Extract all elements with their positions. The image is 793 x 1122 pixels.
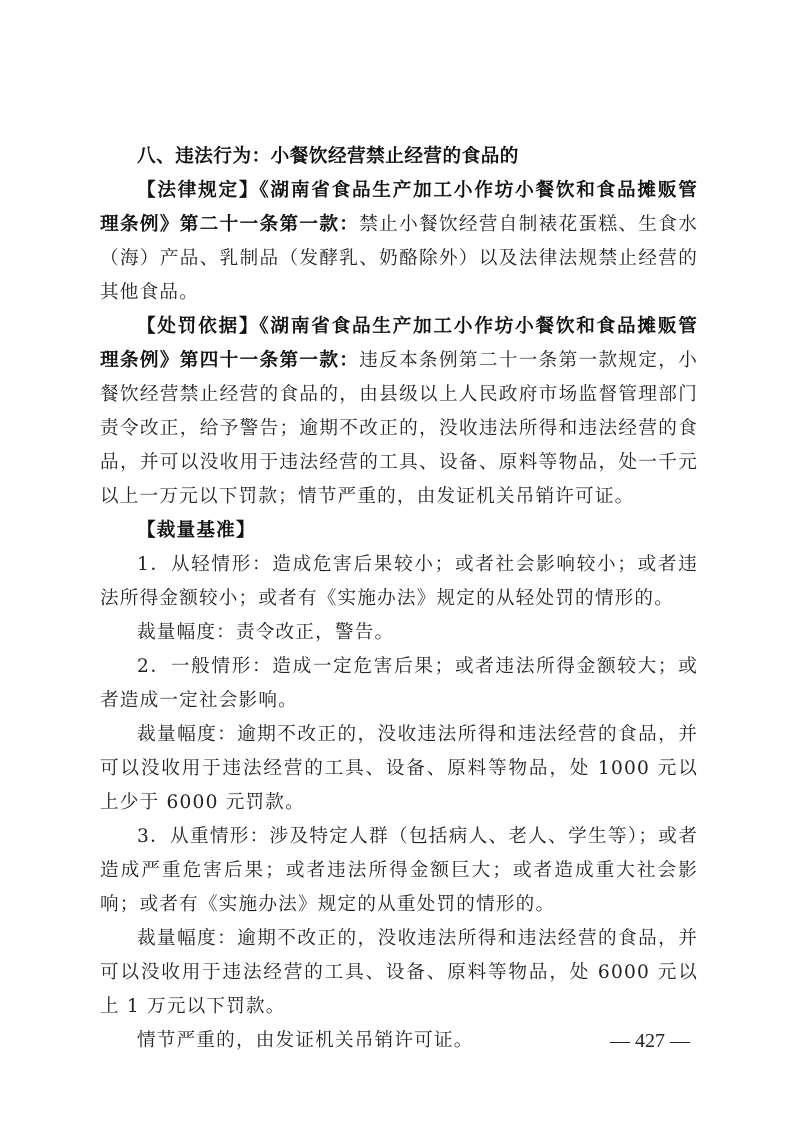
penalty-basis: 【处罚依据】《湖南省食品生产加工小作坊小餐饮和食品摊贩管理条例》第四十一条第一款… (100, 310, 698, 514)
discretion-closing: 情节严重的，由发证机关吊销许可证。 (100, 1024, 698, 1058)
discretion-range-2: 裁量幅度：逾期不改正的，没收违法所得和违法经营的食品，并可以没收用于违法经营的工… (100, 718, 698, 820)
document-page: 八、违法行为：小餐饮经营禁止经营的食品的 【法律规定】《湖南省食品生产加工小作坊… (100, 140, 698, 1058)
page-number: — 427 — (610, 1030, 690, 1053)
discretion-situation-3: 3．从重情形：涉及特定人群（包括病人、老人、学生等）；或者造成严重危害后果；或者… (100, 820, 698, 922)
discretion-situation-1: 1．从轻情形：造成危害后果较小；或者社会影响较小；或者违法所得金额较小；或者有《… (100, 548, 698, 616)
discretion-label: 【裁量基准】 (100, 514, 698, 548)
discretion-range-3: 裁量幅度：逾期不改正的，没收违法所得和违法经营的食品，并可以没收用于违法经营的工… (100, 922, 698, 1024)
discretion-situation-2: 2．一般情形：造成一定危害后果；或者违法所得金额较大；或者造成一定社会影响。 (100, 650, 698, 718)
legal-provision: 【法律规定】《湖南省食品生产加工小作坊小餐饮和食品摊贩管理条例》第二十一条第一款… (100, 174, 698, 310)
penalty-basis-label: 【处罚依据】 (137, 316, 259, 337)
penalty-basis-text: 违反本条例第二十一条第一款规定，小餐饮经营禁止经营的食品的，由县级以上人民政府市… (100, 350, 698, 507)
legal-provision-label: 【法律规定】 (137, 180, 259, 201)
discretion-range-1: 裁量幅度：责令改正，警告。 (100, 616, 698, 650)
section-heading: 八、违法行为：小餐饮经营禁止经营的食品的 (100, 140, 698, 174)
